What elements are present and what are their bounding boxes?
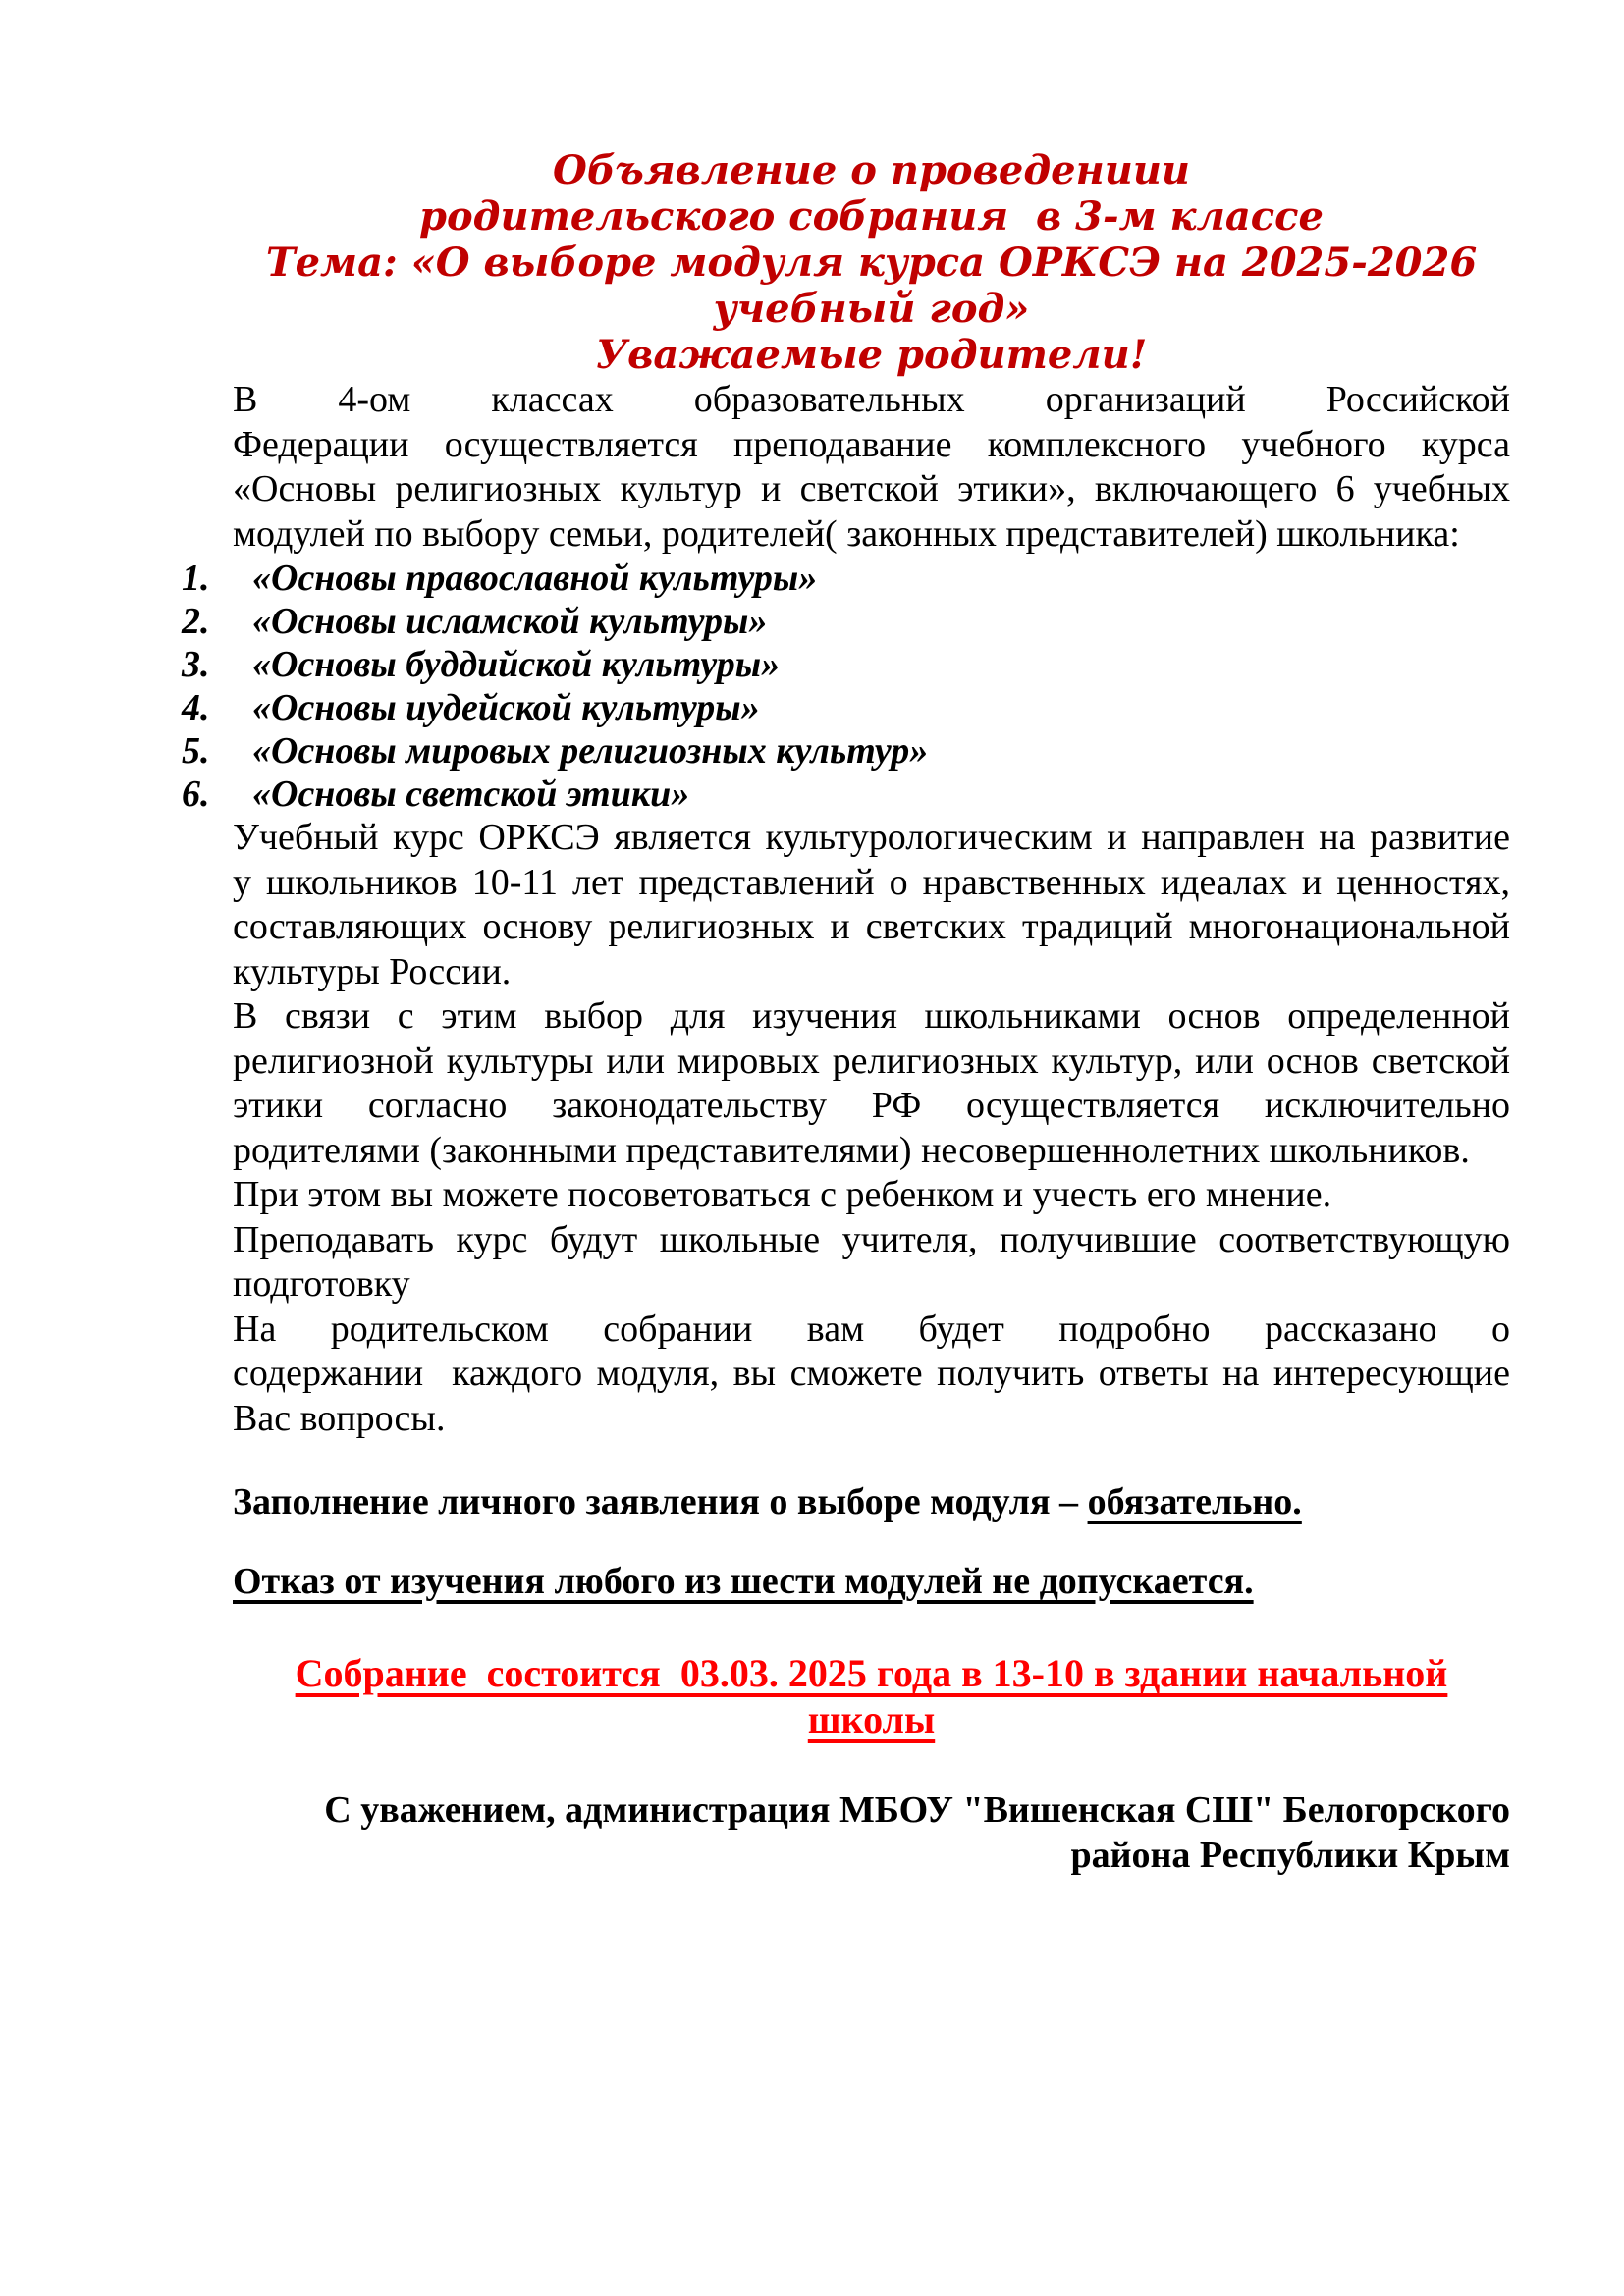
text-line: Вас вопросы.: [233, 1397, 1510, 1442]
text-line: у школьников 10-11 лет представлений о н…: [233, 861, 1510, 906]
module-item: 5. «Основы мировых религиозных культур»: [233, 729, 1510, 773]
module-item: 1. «Основы православной культуры»: [233, 557, 1510, 600]
text-line: культуры России.: [233, 950, 1510, 995]
module-label: «Основы исламской культуры»: [252, 601, 767, 642]
module-label: «Основы иудейской культуры»: [252, 687, 760, 728]
title-line: Объявление о проведениии: [233, 147, 1510, 193]
text-line: составляющих основу религиозных и светск…: [233, 905, 1510, 950]
meeting-notice-line: школы: [233, 1696, 1510, 1742]
meeting-notice-line: Собрание состоится 03.03. 2025 года в 13…: [233, 1650, 1510, 1696]
title-line: Уважаемые родители!: [233, 332, 1510, 378]
text-line: Учебный курс ОРКСЭ является культурологи…: [233, 816, 1510, 861]
module-item: 2. «Основы исламской культуры»: [233, 600, 1510, 643]
module-number: 6.: [182, 773, 210, 816]
signature-line: района Республики Крым: [233, 1834, 1510, 1879]
module-number: 2.: [182, 600, 210, 643]
document-content: Объявление о проведениии родительского с…: [233, 0, 1510, 1878]
text-line: Преподавать курс будут школьные учителя,…: [233, 1218, 1510, 1263]
modules-list: 1. «Основы православной культуры» 2. «Ос…: [233, 557, 1510, 816]
intro-paragraph: В 4-ом классах образовательных организац…: [233, 378, 1510, 557]
course-paragraph: Учебный курс ОРКСЭ является культурологи…: [233, 816, 1510, 994]
text-line: В связи с этим выбор для изучения школьн…: [233, 994, 1510, 1040]
statement-fill-form: Заполнение личного заявления о выборе мо…: [233, 1480, 1510, 1525]
advice-paragraph: При этом вы можете посоветоваться с ребе…: [233, 1173, 1510, 1218]
module-number: 1.: [182, 557, 210, 600]
meeting-notice-text: Собрание состоится 03.03. 2025 года в 13…: [296, 1651, 1448, 1695]
module-label: «Основы светской этики»: [252, 774, 689, 815]
text-line: родителями (законными представителями) н…: [233, 1129, 1510, 1174]
text-line: При этом вы можете посоветоваться с ребе…: [233, 1173, 1510, 1218]
document-page: Объявление о проведениии родительского с…: [0, 0, 1624, 2296]
text-line: религиозной культуры или мировых религио…: [233, 1040, 1510, 1085]
statement-fill-form-text: Заполнение личного заявления о выборе мо…: [233, 1481, 1088, 1522]
text-line: В 4-ом классах образовательных организац…: [233, 378, 1510, 423]
title-line: родительского собрания в 3-м классе: [233, 193, 1510, 240]
text-line: подготовку: [233, 1262, 1510, 1308]
meeting-notice: Собрание состоится 03.03. 2025 года в 13…: [233, 1650, 1510, 1742]
text-line: Федерации осуществляется преподавание ко…: [233, 423, 1510, 468]
module-item: 4. «Основы иудейской культуры»: [233, 686, 1510, 729]
signature: С уважением, администрация МБОУ "Вишенск…: [233, 1789, 1510, 1878]
text-line: содержании каждого модуля, вы сможете по…: [233, 1352, 1510, 1397]
meeting-info-paragraph: На родительском собрании вам будет подро…: [233, 1308, 1510, 1442]
title-line: Тема: «О выборе модуля курса ОРКСЭ на 20…: [233, 240, 1510, 332]
statement-no-refusal: Отказ от изучения любого из шести модуле…: [233, 1560, 1510, 1605]
module-label: «Основы православной культуры»: [252, 558, 817, 599]
text-line: этики согласно законодательству РФ осуще…: [233, 1084, 1510, 1129]
module-number: 5.: [182, 729, 210, 773]
module-label: «Основы мировых религиозных культур»: [252, 730, 928, 772]
text-line: «Основы религиозных культур и светской э…: [233, 467, 1510, 512]
module-item: 3. «Основы буддийской культуры»: [233, 643, 1510, 686]
module-item: 6. «Основы светской этики»: [233, 773, 1510, 816]
meeting-notice-text: школы: [808, 1697, 935, 1741]
text-line: На родительском собрании вам будет подро…: [233, 1308, 1510, 1353]
announcement-title: Объявление о проведениии родительского с…: [233, 147, 1510, 378]
statement-fill-form-underlined: обязательно.: [1088, 1481, 1302, 1522]
choice-paragraph: В связи с этим выбор для изучения школьн…: [233, 994, 1510, 1173]
text-line: модулей по выбору семьи, родителей( зако…: [233, 512, 1510, 558]
signature-line: С уважением, администрация МБОУ "Вишенск…: [233, 1789, 1510, 1834]
module-number: 3.: [182, 643, 210, 686]
module-number: 4.: [182, 686, 210, 729]
teachers-paragraph: Преподавать курс будут школьные учителя,…: [233, 1218, 1510, 1308]
module-label: «Основы буддийской культуры»: [252, 644, 780, 685]
